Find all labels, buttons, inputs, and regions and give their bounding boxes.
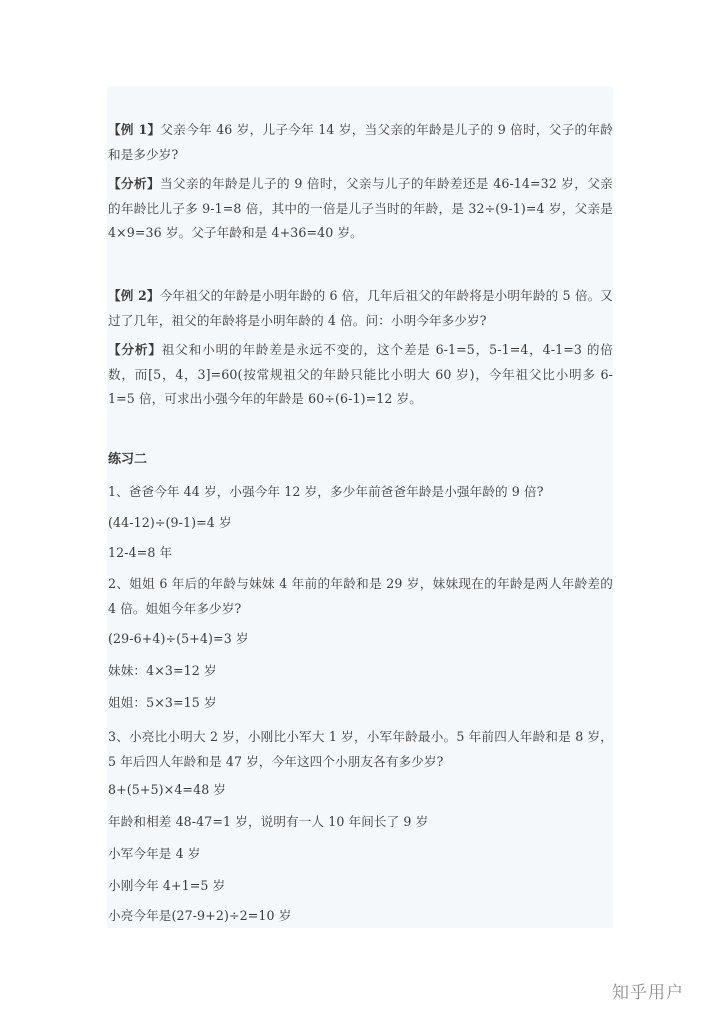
document-card: 【例 1】父亲今年 46 岁，儿子今年 14 岁，当父亲的年龄是儿子的 9 倍时… [107,86,613,928]
example1-analysis-text: 当父亲的年龄是儿子的 9 倍时，父亲与儿子的年龄差还是 46-14=32 岁，父… [108,176,613,240]
example2-label: 【例 2】 [108,288,160,303]
example1-question-text: 父亲今年 46 岁，儿子今年 14 岁，当父亲的年龄是儿子的 9 倍时，父子的年… [108,122,613,162]
example2-analysis-label: 【分析】 [108,342,162,357]
practice-q1: 1、爸爸今年 44 岁，小强今年 12 岁，多少年前爸爸年龄是小强年龄的 9 倍… [108,480,613,505]
example1-label: 【例 1】 [108,122,160,137]
example2-analysis-text: 祖父和小明的年龄差是永远不变的，这个差是 6-1=5，5-1=4，4-1=3 的… [108,342,613,406]
practice-q3-step-4: 小刚今年 4+1=5 岁 [108,874,614,898]
practice-q2: 2、姐姐 6 年后的年龄与妹妹 4 年前的年龄和是 29 岁，妹妹现在的年龄是两… [108,572,613,621]
practice-q2-step-1: (29-6+4)÷(5+4)=3 岁 [108,627,614,651]
practice-heading: 练习二 [108,448,147,472]
practice-q1-step-2: 12-4=8 年 [108,541,614,565]
practice-q3-step-5: 小亮今年是(27-9+2)÷2=10 岁 [108,904,614,928]
practice-q1-step-1: (44-12)÷(9-1)=4 岁 [108,511,614,535]
practice-q3-step-2: 年龄和相差 48-47=1 岁，说明有一人 10 年间长了 9 岁 [108,810,614,834]
zhihu-user-watermark: 知乎用户 [612,978,684,1003]
example1-analysis-label: 【分析】 [108,176,160,191]
practice-q3-step-1: 8+(5+5)×4=48 岁 [108,778,614,802]
practice-q2-step-2: 妹妹：4×3=12 岁 [108,659,614,683]
practice-q3-step-3: 小军今年是 4 岁 [108,842,614,866]
example2-analysis: 【分析】祖父和小明的年龄差是永远不变的，这个差是 6-1=5，5-1=4，4-1… [108,338,613,412]
example1-analysis: 【分析】当父亲的年龄是儿子的 9 倍时，父亲与儿子的年龄差还是 46-14=32… [108,172,613,246]
practice-q2-step-3: 姐姐：5×3=15 岁 [108,691,614,715]
example1-question: 【例 1】父亲今年 46 岁，儿子今年 14 岁，当父亲的年龄是儿子的 9 倍时… [108,118,613,167]
example2-question-text: 今年祖父的年龄是小明年龄的 6 倍，几年后祖父的年龄将是小明年龄的 5 倍。又过… [108,288,613,328]
example2-question: 【例 2】今年祖父的年龄是小明年龄的 6 倍，几年后祖父的年龄将是小明年龄的 5… [108,284,613,333]
practice-q3: 3、小亮比小明大 2 岁，小刚比小军大 1 岁，小军年龄最小。5 年前四人年龄和… [108,725,613,774]
